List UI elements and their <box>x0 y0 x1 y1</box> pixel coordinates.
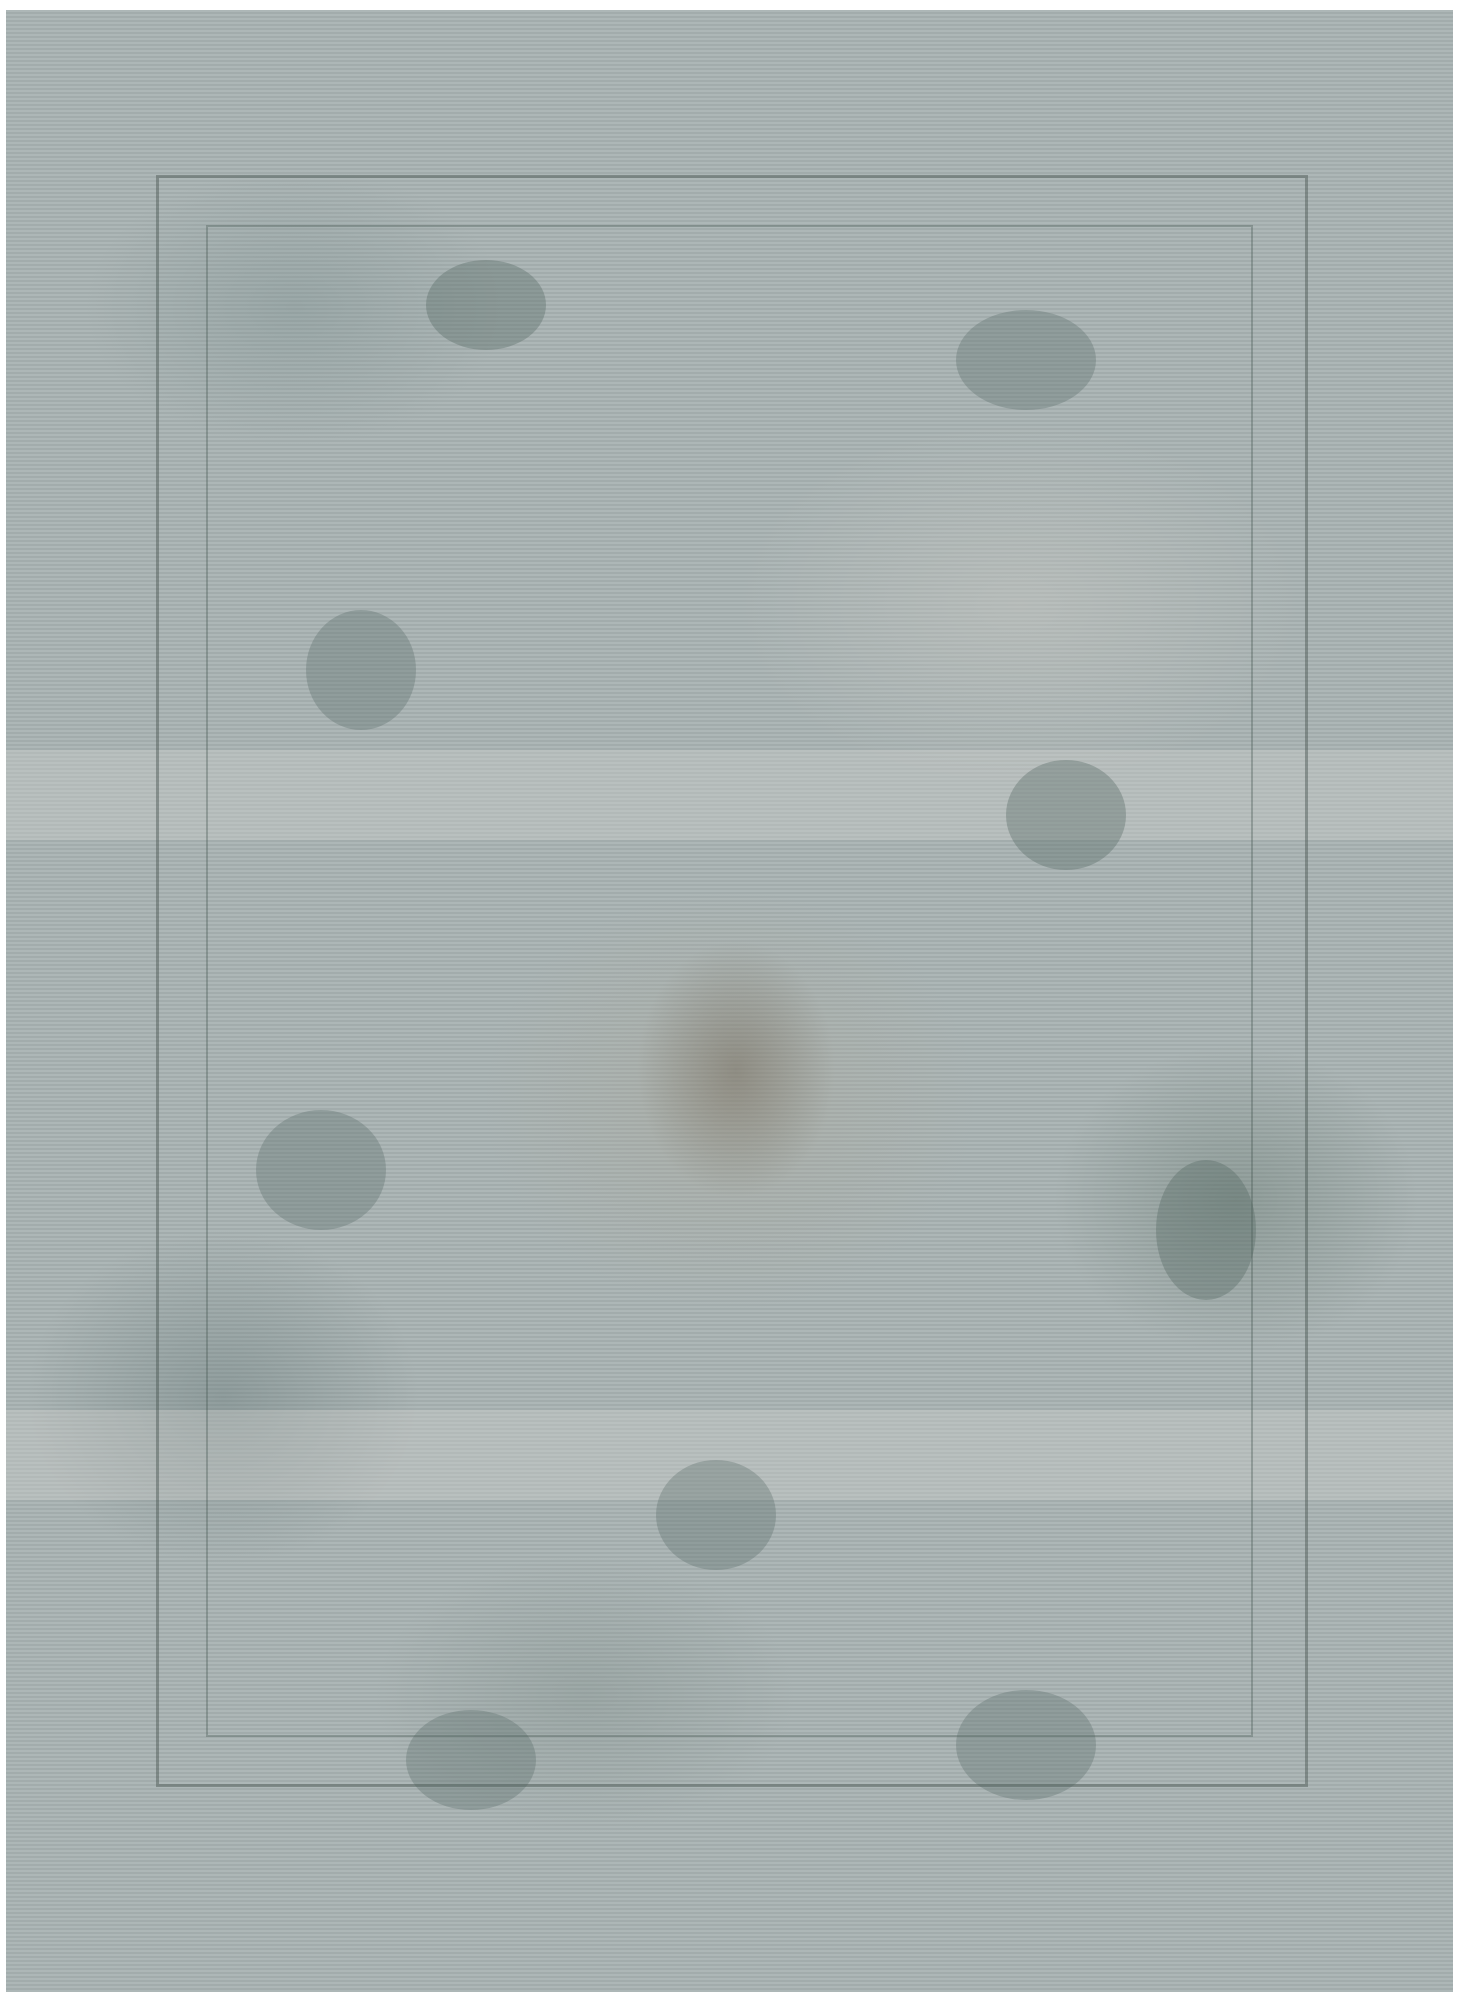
floral-motif <box>256 1110 386 1230</box>
floral-motif <box>406 1710 536 1810</box>
central-medallion <box>636 940 836 1200</box>
floral-motif <box>656 1460 776 1570</box>
rug <box>6 10 1453 1992</box>
floral-motif <box>426 260 546 350</box>
floral-motif <box>1006 760 1126 870</box>
floral-motif <box>1156 1160 1256 1300</box>
floral-motif <box>956 1690 1096 1800</box>
floral-motif <box>306 610 416 730</box>
floral-motif <box>956 310 1096 410</box>
